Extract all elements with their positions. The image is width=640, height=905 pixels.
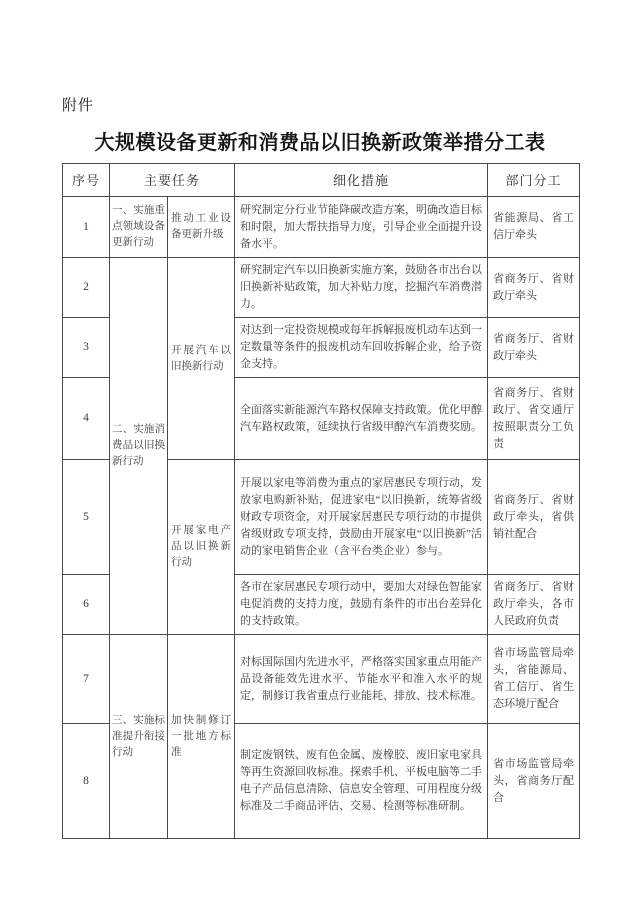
header-division: 部门分工 [488, 164, 580, 197]
division-cell: 省市场监管局牵头，省商务厅配合 [488, 724, 580, 839]
measure-cell: 各市在家居惠民专项行动中，要加大对绿色智能家电促消费的支持力度，鼓励有条件的市出… [235, 575, 488, 635]
row-number: 8 [63, 724, 110, 839]
row-number: 1 [63, 197, 110, 258]
measure-cell: 对标国际国内先进水平，严格落实国家重点用能产品设备能效先进水平、节能水平和准入水… [235, 635, 488, 724]
division-cell: 省能源局、省工信厅牵头 [488, 197, 580, 258]
task-group-cell: 一、实施重点领域设备更新行动 [110, 197, 168, 258]
subtask-cell: 开展家电产品以旧换新行动 [168, 460, 235, 635]
row-number: 5 [63, 460, 110, 575]
header-no: 序号 [63, 164, 110, 197]
task-group-cell: 三、实施标准提升衔接行动 [110, 635, 168, 839]
measure-cell: 开展以家电等消费为重点的家居惠民专项行动，发放家电购新补贴，促进家电“以旧换新，… [235, 460, 488, 575]
row-number: 4 [63, 378, 110, 460]
row-number: 6 [63, 575, 110, 635]
table-row: 2 二、实施消费品以旧换新行动 开展汽车以旧换新行动 研究制定汽车以旧换新实施方… [63, 258, 580, 318]
row-number: 7 [63, 635, 110, 724]
row-number: 3 [63, 318, 110, 378]
measure-cell: 全面落实新能源汽车路权保障支持政策。优化甲醇汽车路权政策，延续执行省级甲醇汽车消… [235, 378, 488, 460]
measure-cell: 制定废钢铁、废有色金属、废橡胶、废旧家电家具等再生资源回收标准。探索手机、平板电… [235, 724, 488, 839]
table-row: 1 一、实施重点领域设备更新行动 推动工业设备更新升级 研究制定分行业节能降碳改… [63, 197, 580, 258]
division-cell: 省商务厅、省财政厅牵头 [488, 258, 580, 318]
division-cell: 省商务厅、省财政厅牵头，各市人民政府负责 [488, 575, 580, 635]
subtask-cell: 推动工业设备更新升级 [168, 197, 235, 258]
policy-division-table: 序号 主要任务 细化措施 部门分工 1 一、实施重点领域设备更新行动 推动工业设… [62, 163, 580, 839]
table-row: 7 三、实施标准提升衔接行动 加快制修订一批地方标准 对标国际国内先进水平，严格… [63, 635, 580, 724]
table-header-row: 序号 主要任务 细化措施 部门分工 [63, 164, 580, 197]
measure-cell: 研究制定分行业节能降碳改造方案，明确改造目标和时限，加大帮扶指导力度，引导企业全… [235, 197, 488, 258]
task-group-cell: 二、实施消费品以旧换新行动 [110, 258, 168, 635]
division-cell: 省市场监管局牵头，省能源局、省工信厅、省生态环境厅配合 [488, 635, 580, 724]
division-cell: 省商务厅、省财政厅牵头，省供销社配合 [488, 460, 580, 575]
subtask-cell: 开展汽车以旧换新行动 [168, 258, 235, 460]
division-cell: 省商务厅、省财政厅牵头 [488, 318, 580, 378]
page-title: 大规模设备更新和消费品以旧换新政策举措分工表 [0, 126, 640, 155]
row-number: 2 [63, 258, 110, 318]
measure-cell: 研究制定汽车以旧换新实施方案，鼓励各市出台以旧换新补贴政策，加大补贴力度，挖掘汽… [235, 258, 488, 318]
measure-cell: 对达到一定投资规模或每年拆解报废机动车达到一定数量等条件的报废机动车回收拆解企业… [235, 318, 488, 378]
header-measures: 细化措施 [235, 164, 488, 197]
division-cell: 省商务厅、省财政厅、省交通厅按照职责分工负责 [488, 378, 580, 460]
header-task: 主要任务 [110, 164, 235, 197]
subtask-cell: 加快制修订一批地方标准 [168, 635, 235, 839]
attachment-label: 附件 [62, 94, 94, 115]
